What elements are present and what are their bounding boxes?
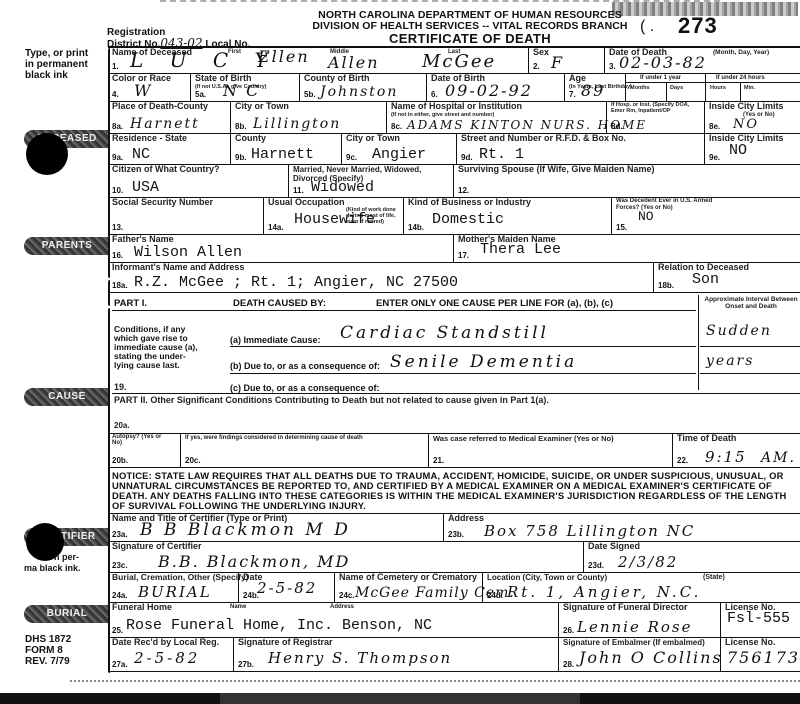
label-certifier-address: Address: [448, 514, 484, 523]
field-relation: Relation to Deceased 18b. Son: [653, 263, 800, 292]
row-informant: Informant's Name and Address 18a. R.Z. M…: [108, 263, 800, 293]
value-middle-name: Allen: [328, 53, 380, 72]
label-death-city: City or Town: [235, 102, 289, 111]
label-occupation: Usual Occupation: [268, 198, 345, 207]
field-date-received: Date Rec'd by Local Reg. 27a. 2-5-82: [108, 638, 233, 671]
label-cemetery: Name of Cemetery or Crematory: [339, 573, 477, 582]
value-age: 89: [581, 81, 605, 100]
field-number: 13.: [112, 223, 123, 232]
field-number: 26.: [563, 626, 574, 635]
field-cemetery: Name of Cemetery or Crematory 24c. McGee…: [334, 573, 482, 602]
field-number: 15.: [616, 223, 627, 232]
value-mother: Thera Lee: [480, 241, 561, 258]
value-birth-county: Johnston: [320, 84, 398, 100]
value-res-city: Angier: [372, 146, 426, 163]
field-number: 4.: [112, 90, 119, 99]
row-autopsy: Autopsy? (Yes or No) 20b. If yes, were f…: [108, 433, 800, 468]
label-spouse: Surviving Spouse (If Wife, Give Maiden N…: [458, 165, 654, 174]
field-business: Kind of Business or Industry 14b. Domest…: [403, 198, 611, 234]
field-number: 8e.: [709, 122, 720, 131]
divider: [112, 310, 696, 311]
conditions-instruction: Conditions, if any which gave rise to im…: [114, 325, 198, 370]
value-burial-location: Rt. 1, Angier, N.C.: [507, 583, 701, 601]
label-date-received: Date Rec'd by Local Reg.: [112, 638, 219, 647]
label-death-county: Place of Death-County: [112, 102, 208, 111]
field-number: 20b.: [112, 456, 128, 465]
value-sex: F: [551, 53, 564, 72]
field-citizen: Citizen of What Country? 10. USA: [108, 165, 288, 197]
field-res-county: County 9b. Harnett: [230, 134, 341, 164]
field-number: 23c.: [112, 561, 128, 570]
registrar-signature: Henry S. Thompson: [268, 649, 452, 667]
field-informant: Informant's Name and Address 18a. R.Z. M…: [108, 263, 653, 292]
row-place-of-death: Place of Death-County 8a. Harnett City o…: [108, 102, 800, 134]
divider: [666, 82, 667, 102]
field-death-city: City or Town 8b. Lillington: [230, 102, 386, 133]
label-hours: Hours: [710, 84, 726, 93]
label-immediate-cause: (a) Immediate Cause:: [230, 335, 321, 345]
value-disposition: BURIAL: [138, 583, 212, 601]
field-number: 18a.: [112, 281, 128, 290]
value-last-name: McGee: [422, 51, 496, 72]
ink-note-line: black ink: [25, 70, 88, 81]
label-days: Days: [670, 84, 683, 93]
value-cause-b: Senile Dementia: [390, 352, 577, 372]
field-number: 19.: [114, 383, 127, 392]
field-number: 7.: [569, 90, 576, 99]
field-embalmer-license: License No. 756173: [720, 638, 800, 671]
field-number: 8c.: [391, 122, 402, 131]
field-under-24-hours: If under 24 hours Hours Min.: [705, 74, 800, 101]
field-armed-forces: Was Decedent Ever in U.S. Armed Forces? …: [611, 198, 800, 234]
field-burial-location: Location (City, Town or County) (State) …: [482, 573, 800, 602]
cause-instruction: ENTER ONLY ONE CAUSE PER LINE FOR (a), (…: [376, 298, 613, 309]
ink-note-line: n per-: [24, 552, 81, 563]
value-time-ampm: AM.: [761, 450, 796, 466]
label-date-signed: Date Signed: [588, 542, 640, 551]
label-time-of-death: Time of Death: [677, 434, 736, 443]
interval-a-underline: [700, 346, 800, 347]
value-relation: Son: [692, 271, 719, 288]
field-certifier-address: Address 23b. Box 758 Lillington NC: [443, 514, 800, 541]
field-ssn: Social Security Number 13.: [108, 198, 263, 234]
certificate-title: CERTIFICATE OF DEATH: [290, 32, 650, 46]
value-birth-date: 09-02-92: [445, 81, 533, 100]
value-embalmer-license: 756173: [727, 648, 800, 667]
value-father: Wilson Allen: [134, 244, 242, 261]
value-burial-date: 2-5-82: [257, 579, 317, 597]
field-date-of-death: Date of Death (Month, Day, Year) 3. 02-0…: [604, 48, 800, 73]
field-number: 9c.: [346, 153, 357, 162]
label-fh-address: Address: [330, 603, 354, 612]
field-father: Father's Name 16. Wilson Allen: [108, 235, 453, 262]
field-number: 10.: [112, 186, 123, 195]
field-number: 14b.: [408, 223, 424, 232]
label-burial-location: Location (City, Town or County): [487, 573, 607, 582]
divider: [706, 82, 800, 83]
embalmer-signature: John O Collins: [579, 648, 723, 667]
value-certifier-address: Box 758 Lillington NC: [484, 522, 695, 540]
label-registrar: Signature of Registrar: [238, 638, 333, 647]
field-res-inside-city: Inside City Limits 9e. NO: [704, 134, 800, 164]
field-number: 25.: [112, 626, 123, 635]
value-death-city: Lillington: [253, 116, 341, 132]
label-months: Months: [630, 84, 650, 93]
row-notice: NOTICE: STATE LAW REQUIRES THAT ALL DEAT…: [108, 468, 800, 514]
tab-cause: CAUSE: [24, 388, 110, 406]
value-race: W: [134, 81, 152, 100]
tab-burial: BURIAL: [24, 605, 110, 623]
field-certifier-signature: Signature of Certifier 23c. B.B. Blackmo…: [108, 542, 583, 572]
field-number: 20c.: [185, 456, 201, 465]
field-hospital: Name of Hospital or Institution (If not …: [386, 102, 606, 133]
field-autopsy: Autopsy? (Yes or No) 20b.: [108, 434, 180, 467]
field-number: 28.: [563, 660, 574, 669]
field-medical-examiner: Was case referred to Medical Examiner (Y…: [428, 434, 672, 467]
value-immediate-cause: Cardiac Standstill: [340, 323, 549, 343]
value-inside-city: NO: [733, 117, 759, 132]
field-number: 5b.: [304, 90, 316, 99]
certifier-signature: B.B. Blackmon, MD: [158, 552, 350, 571]
label-father: Father's Name: [112, 235, 174, 244]
field-sex: Sex 2. F: [528, 48, 604, 73]
interval-column-divider: [698, 295, 699, 390]
row-registrar: Date Rec'd by Local Reg. 27a. 2-5-82 Sig…: [108, 638, 800, 672]
value-middle-1: Ellen: [258, 47, 310, 66]
field-number: 8d.: [611, 122, 623, 131]
field-number: 2.: [533, 62, 540, 71]
death-certificate-form: Name of Deceased First Middle 1. L U C Y…: [108, 46, 800, 671]
row-citizen: Citizen of What Country? 10. USA Married…: [108, 165, 800, 198]
label-burial-state: (State): [703, 573, 725, 582]
field-registrar: Signature of Registrar 27b. Henry S. Tho…: [233, 638, 558, 671]
field-number: 18b.: [658, 281, 674, 290]
label-business: Kind of Business or Industry: [408, 198, 531, 207]
paren-mark: ( .: [640, 18, 654, 36]
row-parents: Father's Name 16. Wilson Allen Mother's …: [108, 235, 800, 263]
row-residence: Residence - State 9a. NC County 9b. Harn…: [108, 134, 800, 165]
label-funeral-home: Funeral Home: [112, 603, 172, 612]
interval-b-underline: [700, 373, 800, 374]
legal-notice: NOTICE: STATE LAW REQUIRES THAT ALL DEAT…: [112, 471, 800, 511]
value-date-of-death: 02-03-82: [619, 53, 707, 72]
label-ssn: Social Security Number: [112, 198, 213, 207]
part-1-label: PART I.: [114, 298, 147, 309]
scan-edge-bar: [0, 693, 800, 704]
value-first-name: L U C Y: [130, 48, 278, 72]
field-age: Age (In Years, Last Birthday) 7. 89: [564, 74, 625, 101]
field-birth-date: Date of Birth 6. 09-02-92: [426, 74, 564, 101]
field-number: 23b.: [448, 530, 464, 539]
ink-instruction: Type, or print in permanent black ink: [25, 48, 88, 81]
label-embalmer: Signature of Embalmer (If embalmed): [563, 638, 705, 647]
row-certifier-name: Name and Title of Certifier (Type or Pri…: [108, 514, 800, 542]
field-number: 6.: [431, 90, 438, 99]
value-director-license: Fsl-555: [727, 610, 790, 627]
cause-b-underline: [230, 373, 696, 374]
field-mother: Mother's Maiden Name 17. Thera Lee: [453, 235, 800, 262]
field-number: 8b.: [235, 122, 247, 131]
label-cause-c: (c) Due to, or as a consequence of:: [230, 383, 380, 393]
label-street: Street and Number or R.F.D. & Box No.: [461, 134, 626, 143]
divider: [740, 82, 741, 102]
value-res-inside-city: NO: [729, 142, 747, 159]
field-spouse: Surviving Spouse (If Wife, Give Maiden N…: [453, 165, 800, 197]
field-number: 24d.: [487, 591, 503, 600]
field-birth-county: County of Birth 5b. Johnston: [299, 74, 426, 101]
field-director-license: License No. Fsl-555: [720, 603, 800, 637]
label-armed-forces: Was Decedent Ever in U.S. Armed Forces? …: [616, 198, 716, 212]
field-disposition: Burial, Cremation, Other (Specify) 24a. …: [108, 573, 238, 602]
field-marital: Married, Never Married, Widowed, Divorce…: [288, 165, 453, 197]
label-interval: Approximate Interval Between Onset and D…: [702, 296, 800, 310]
label-birth-county: County of Birth: [304, 74, 370, 83]
label-date-format: (Month, Day, Year): [713, 48, 769, 57]
label-hospital-status: If Hosp. or Inst. (Specify DOA, Emer Rm,…: [611, 102, 703, 114]
label-medical-examiner: Was case referred to Medical Examiner (Y…: [433, 434, 614, 443]
field-number: 9a.: [112, 153, 123, 162]
scan-edge-light: [220, 693, 580, 704]
label-disposition: Burial, Cremation, Other (Specify): [112, 573, 249, 582]
label-cause-b: (b) Due to, or as a consequence of:: [230, 361, 380, 371]
field-occupation: Usual Occupation (Kind of work done duri…: [263, 198, 403, 234]
value-occupation: Housewife: [294, 211, 375, 228]
field-funeral-director: Signature of Funeral Director 26. Lennie…: [558, 603, 720, 637]
field-embalmer: Signature of Embalmer (If embalmed) 28. …: [558, 638, 720, 671]
value-funeral-home: Rose Funeral Home, Inc. Benson, NC: [126, 617, 432, 634]
field-last: Last McGee: [408, 48, 528, 73]
field-death-county: Place of Death-County 8a. Harnett: [108, 102, 230, 133]
label-hospital: Name of Hospital or Institution: [391, 102, 522, 111]
certificate-header: NORTH CAROLINA DEPARTMENT OF HUMAN RESOU…: [290, 10, 650, 46]
value-date-received: 2-5-82: [134, 649, 200, 667]
field-birth-state: State of Birth (If not U.S.A., give Coun…: [190, 74, 299, 101]
label-citizen: Citizen of What Country?: [112, 165, 220, 174]
funeral-director-signature: Lennie Rose: [577, 618, 693, 636]
value-interval-a: Sudden: [706, 323, 772, 339]
value-armed-forces: NO: [638, 209, 654, 224]
field-number: 14a.: [268, 223, 284, 232]
label-res-state: Residence - State: [112, 134, 187, 143]
ink-note-line: in permanent: [25, 59, 88, 70]
cause-a-underline: [230, 346, 696, 347]
field-number: 27b.: [238, 660, 254, 669]
label-informant: Informant's Name and Address: [112, 263, 244, 272]
registration-label: Registration: [107, 27, 305, 38]
field-street: Street and Number or R.F.D. & Box No. 9d…: [456, 134, 704, 164]
field-findings: If yes, were findings considered in dete…: [180, 434, 428, 467]
field-number: 24a.: [112, 591, 128, 600]
field-number: 11.: [293, 186, 304, 195]
field-name: Name of Deceased First Middle 1. L U C Y…: [108, 48, 409, 73]
row-occupation: Social Security Number 13. Usual Occupat…: [108, 198, 800, 235]
label-findings: If yes, were findings considered in dete…: [185, 434, 363, 443]
value-date-signed: 2/3/82: [618, 553, 678, 571]
field-number: 20a.: [114, 421, 130, 430]
value-marital: Widowed: [311, 179, 374, 196]
form-id-line: FORM 8: [25, 645, 71, 656]
field-number: 9b.: [235, 153, 247, 162]
field-number: 5a.: [195, 90, 206, 99]
label-embalmer-license: License No.: [725, 638, 776, 647]
death-caused-by-label: DEATH CAUSED BY:: [233, 298, 326, 309]
value-res-county: Harnett: [251, 146, 314, 163]
field-burial-date: Date 24b. 2-5-82: [238, 573, 334, 602]
field-race: Color or Race 4. W: [108, 74, 190, 101]
row-funeral-home: Funeral Home Name Address 25. Rose Funer…: [108, 603, 800, 638]
label-res-county: County: [235, 134, 266, 143]
label-certifier-signature: Signature of Certifier: [112, 542, 202, 551]
value-informant: R.Z. McGee ; Rt. 1; Angier, NC 27500: [134, 274, 458, 291]
conditions-line: lying cause last.: [114, 361, 198, 370]
value-street: Rt. 1: [479, 146, 524, 163]
label-autopsy: Autopsy? (Yes or No): [112, 434, 172, 446]
field-number: 17.: [458, 251, 469, 260]
value-citizen: USA: [132, 179, 159, 196]
label-funeral-director: Signature of Funeral Director: [563, 603, 688, 612]
form-id-line: REV. 7/79: [25, 656, 71, 667]
row-name: Name of Deceased First Middle 1. L U C Y…: [108, 48, 800, 74]
label-min: Min.: [744, 84, 755, 93]
value-certifier-name: B B Blackmon M D: [140, 520, 351, 540]
label-inside-city: Inside City Limits: [709, 102, 784, 111]
field-res-state: Residence - State 9a. NC: [108, 134, 230, 164]
certifier-ink-note: n per- ma black ink.: [24, 552, 81, 574]
value-interval-b: years: [706, 353, 754, 369]
field-number: 3.: [609, 62, 616, 71]
field-number: 21.: [433, 456, 444, 465]
field-date-signed: Date Signed 23d. 2/3/82: [583, 542, 800, 572]
field-number: 23a.: [112, 530, 128, 539]
label-fh-name: Name: [230, 603, 246, 612]
divider: [112, 393, 800, 394]
field-res-city: City or Town 9c. Angier: [341, 134, 456, 164]
field-inside-city: Inside City Limits (Yes or No) 8e. NO: [704, 102, 800, 133]
form-id-line: DHS 1872: [25, 634, 71, 645]
field-number: 27a.: [112, 660, 128, 669]
field-number: 8a.: [112, 122, 123, 131]
part-2-label: PART II. Other Significant Conditions Co…: [114, 396, 549, 405]
field-number: 9d.: [461, 153, 473, 162]
value-res-state: NC: [132, 146, 150, 163]
field-number: 9e.: [709, 153, 720, 162]
field-number: 22.: [677, 456, 688, 465]
field-funeral-home: Funeral Home Name Address 25. Rose Funer…: [108, 603, 558, 637]
row-birth: Color or Race 4. W State of Birth (If no…: [108, 74, 800, 102]
field-time-of-death: Time of Death 22. 9:15 AM.: [672, 434, 800, 467]
label-res-city: City or Town: [346, 134, 400, 143]
section-cause: PART I. DEATH CAUSED BY: ENTER ONLY ONE …: [108, 295, 800, 435]
field-under-1-year: If under 1 year Months Days: [625, 74, 705, 101]
field-number: 12.: [458, 186, 469, 195]
row-certifier-signature: Signature of Certifier 23c. B.B. Blackmo…: [108, 542, 800, 573]
value-birth-state: N C: [223, 81, 260, 100]
label-sex: Sex: [533, 48, 549, 57]
row-burial: Burial, Cremation, Other (Specify) 24a. …: [108, 573, 800, 603]
redaction-blot: [26, 133, 68, 175]
certificate-number: 273: [678, 13, 718, 39]
field-number: 23d.: [588, 561, 604, 570]
field-number: 1.: [112, 62, 119, 71]
field-certifier-name: Name and Title of Certifier (Type or Pri…: [108, 514, 443, 541]
ink-note-line: ma black ink.: [24, 563, 81, 574]
scan-noise-bottom: [70, 680, 800, 684]
field-hospital-status: If Hosp. or Inst. (Specify DOA, Emer Rm,…: [606, 102, 704, 133]
value-business: Domestic: [432, 211, 504, 228]
tab-parents: PARENTS: [24, 237, 110, 255]
value-death-county: Harnett: [130, 116, 200, 132]
form-id: DHS 1872 FORM 8 REV. 7/79: [25, 634, 71, 667]
field-number: 16.: [112, 251, 123, 260]
ink-note-line: Type, or print: [25, 48, 88, 59]
value-time-of-death: 9:15: [705, 448, 747, 466]
field-number: 24c.: [339, 591, 355, 600]
